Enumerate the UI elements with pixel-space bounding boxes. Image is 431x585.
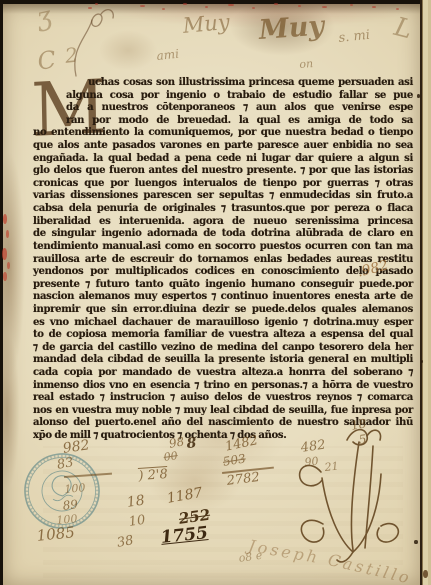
printed-text-line: cronicas que por luengos interualos de t… — [33, 178, 413, 191]
printed-text-line: es vno michael dachauer de marauilloso i… — [33, 317, 413, 330]
printed-text-line: real estado ⁊ instrucion ⁊ auiso delos d… — [33, 392, 413, 405]
scanned-book-page: M uchas cosas son illustrissima princesa… — [0, 0, 431, 585]
printed-text-line: liberalidad es interuenida. agora de nue… — [33, 216, 413, 229]
printed-text-line: rauillosa arte de escreuir do tornamos e… — [33, 254, 413, 267]
printed-text-line: to de copiosa memoria familiar de vuestr… — [33, 329, 413, 342]
printed-text-line: cada copia por mandado de vuestra alteza… — [33, 367, 413, 380]
printed-text-line: que alos ante pasados varones en parte p… — [33, 140, 413, 153]
printed-text-line: tendimiento manual.asi como en socorro p… — [33, 241, 413, 254]
page-fore-edge — [420, 0, 431, 585]
library-stamp — [16, 445, 109, 538]
printed-text-line: yendonos por multiplicados codices en co… — [33, 266, 413, 279]
printed-text-line: uchas cosas son illustrissima princesa q… — [88, 77, 413, 90]
printed-text-block: uchas cosas son illustrissima princesa q… — [33, 77, 413, 443]
printed-text-line: ⁊ de garcia del castillo vezino de medin… — [33, 342, 413, 355]
printed-text-line: engañada. la qual bedad a pena cede ni l… — [33, 153, 413, 166]
book-page: M uchas cosas son illustrissima princesa… — [3, 4, 420, 585]
printed-text-line: varias dissensiones parescen ser sepulta… — [33, 190, 413, 203]
printed-text-line: presente ⁊ futuro tanto quāto ingenio hu… — [33, 279, 413, 292]
printed-text-line: inmenso dios vno en esencia ⁊ trino en p… — [33, 380, 413, 393]
printed-text-line: nos en vuestra muy noble ⁊ muy leal cibd… — [33, 405, 413, 418]
printed-text-line: mandad dela cibdad de seuilla la present… — [33, 354, 413, 367]
printed-text-line: da a nuestros cōtenporaneos ⁊ aun alos q… — [66, 102, 413, 115]
printed-text-line: no entendimiento la comuniquemos, por qu… — [33, 127, 413, 140]
printed-text-line: alguna cosa por ingenio o trabaio de est… — [66, 90, 413, 103]
notarial-flourish-drawing — [287, 422, 417, 567]
printed-text-line: inpremir que sin error.diuina dezir se p… — [33, 304, 413, 317]
printed-text-line: de singular ingenio adornada de toda dot… — [33, 228, 413, 241]
printed-text-line: cabsa dela penuria de originales ⁊ trasu… — [33, 203, 413, 216]
printed-text-line: nascion alemanos muy espertos ⁊ continuo… — [33, 291, 413, 304]
printed-text-line: glo delos que fueron antes del nuestro p… — [33, 165, 413, 178]
printed-text-line: ran por modo de breuedad. la qual es ami… — [66, 115, 413, 128]
